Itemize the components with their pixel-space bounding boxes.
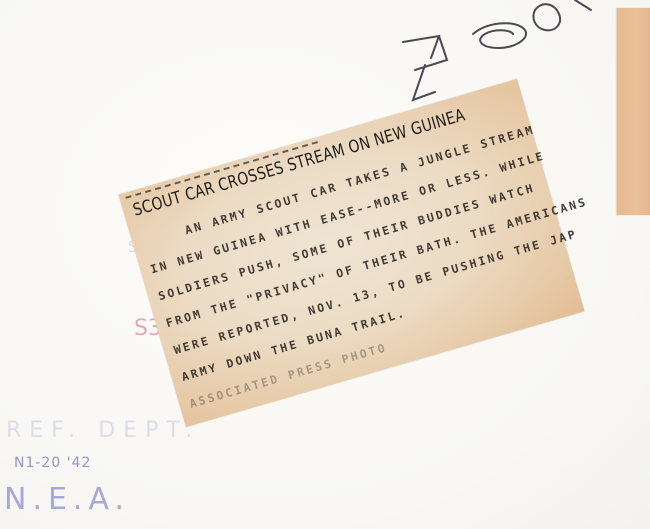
blue-stamp-date: N1-20 '42 xyxy=(14,455,91,471)
blue-stamp-dept: REF. DEPT. xyxy=(6,418,200,443)
blue-stamp-org: N.E.A. xyxy=(4,482,130,517)
adjacent-paper-edge xyxy=(617,8,650,215)
